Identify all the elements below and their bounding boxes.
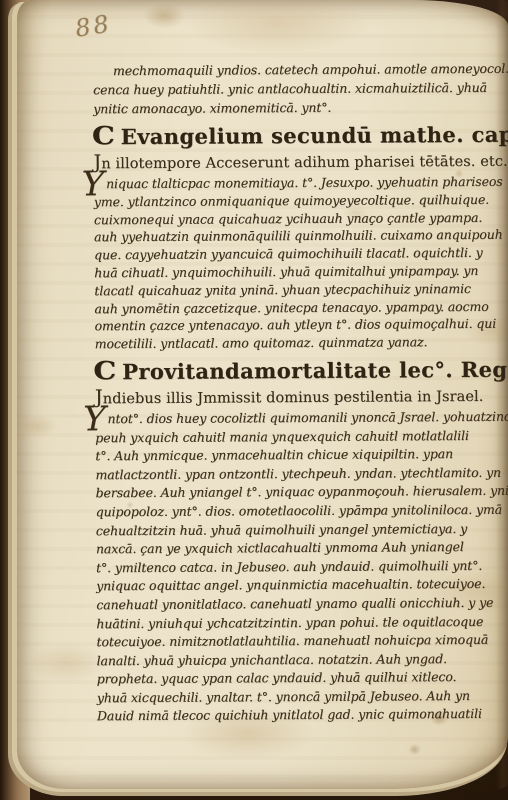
manuscript-line: Yntot°. dios huey cocoliztli quimomanili… — [95, 408, 506, 429]
capitulum-mark: C — [93, 356, 117, 386]
book-photo: 88 mechmomaquili yndios. catetech ampohu… — [0, 0, 508, 800]
lesson-header-text: Provitandamortalitate lec°. Reg. 2. c. 2… — [122, 356, 508, 384]
manuscript-line: huātini. yniuhqui ychcatzitzintin. ypan … — [96, 612, 507, 633]
continuation-paragraph: mechmomaquili yndios. catetech ampohui. … — [93, 59, 504, 119]
lesson-incipit: Jndiebus illis Jmmissit dominus pestilen… — [95, 385, 506, 411]
manuscript-line: t°. ymiltenco catca. in Jebuseo. auh ynd… — [96, 556, 507, 577]
manuscript-line: yhuā xicquechili. ynaltar. t°. ynoncā ym… — [97, 687, 508, 708]
manuscript-line: omentin çazce yntenacayo. auh ytleyn t°.… — [95, 315, 506, 335]
manuscript-line: matlactzontli. ypan ontzontli. ytechpeuh… — [95, 463, 506, 484]
manuscript-line: cenca huey patiuhtli. ynic antlacohualti… — [93, 78, 504, 100]
manuscript-line: ynitic amonacayo. ximonemiticā. ynt°. — [93, 97, 504, 119]
manuscript-line: quipopoloz. ynt°. dios. omotetlaocolili.… — [96, 501, 507, 522]
gospel-header-text: Evangelium secundū mathe. cap. 19. — [121, 121, 508, 149]
manuscript-line: naxcā. çan ye yxquich xictlacahualti ynm… — [96, 538, 507, 559]
text-block: mechmomaquili yndios. catetech ampohui. … — [93, 59, 508, 727]
lesson-paragraph: Yntot°. dios huey cocoliztli quimomanili… — [95, 408, 508, 727]
manuscript-line: mechmomaquili yndios. catetech ampohui. … — [113, 59, 504, 80]
manuscript-line: lanalti. yhuā yhuicpa ynichantlaca. nota… — [97, 649, 508, 670]
gospel-section-header: CEvangelium secundū mathe. cap. 19. — [93, 119, 504, 153]
gospel-paragraph: Yniquac tlalticpac monemitiaya. t°. Jesu… — [94, 173, 506, 353]
manuscript-line: cehualtzitzin huā. yhuā quimolhuili ynan… — [96, 519, 507, 540]
manuscript-line: Dauid nimā tlecoc quichiuh ynitlatol gad… — [97, 705, 508, 726]
manuscript-line: peuh yxquich cahuitl mania ynquexquich c… — [95, 426, 506, 447]
lesson-section-header: CProvitandamortalitate lec°. Reg. 2. c. … — [95, 354, 506, 388]
manuscript-line: yniquac oquittac angel. ynquinmictia mac… — [96, 575, 507, 596]
manuscript-line: t°. Auh ynmicque. ynmacehualtin chicue x… — [95, 445, 506, 466]
manuscript-line: mocetilili. yntlacatl. amo quitomaz. qui… — [95, 333, 506, 353]
capitulum-mark: C — [92, 121, 116, 151]
gospel-incipit: Jn illotempore Acceserunt adihum pharise… — [94, 150, 505, 176]
manuscript-line: tlacatl quicahuaz ynita yninā. yhuan yte… — [94, 280, 505, 300]
manuscript-line: totecuiyoe. nimitznotlatlauhtilia. maneh… — [96, 631, 507, 652]
manuscript-line: canehuatl ynonitlatlaco. canehuatl ynamo… — [96, 594, 507, 615]
manuscript-line: Yniquac tlalticpac monemitiaya. t°. Jesu… — [94, 173, 505, 193]
manuscript-line: huā cihuatl. ynquimochihuili. yhuā quimi… — [94, 262, 505, 282]
manuscript-line: propheta. yquac ypan calac yndauid. yhuā… — [97, 668, 508, 689]
manuscript-page: 88 mechmomaquili yndios. catetech ampohu… — [17, 0, 508, 789]
photo-background: { "page": { "folio_number": "88", "ink_c… — [0, 0, 508, 800]
manuscript-line: yme. ytlantzinco onmiquanique quimoyeyec… — [94, 191, 505, 211]
manuscript-line: bersabee. Auh yniangel t°. yniquac oypan… — [96, 482, 507, 503]
folio-number: 88 — [73, 9, 113, 42]
